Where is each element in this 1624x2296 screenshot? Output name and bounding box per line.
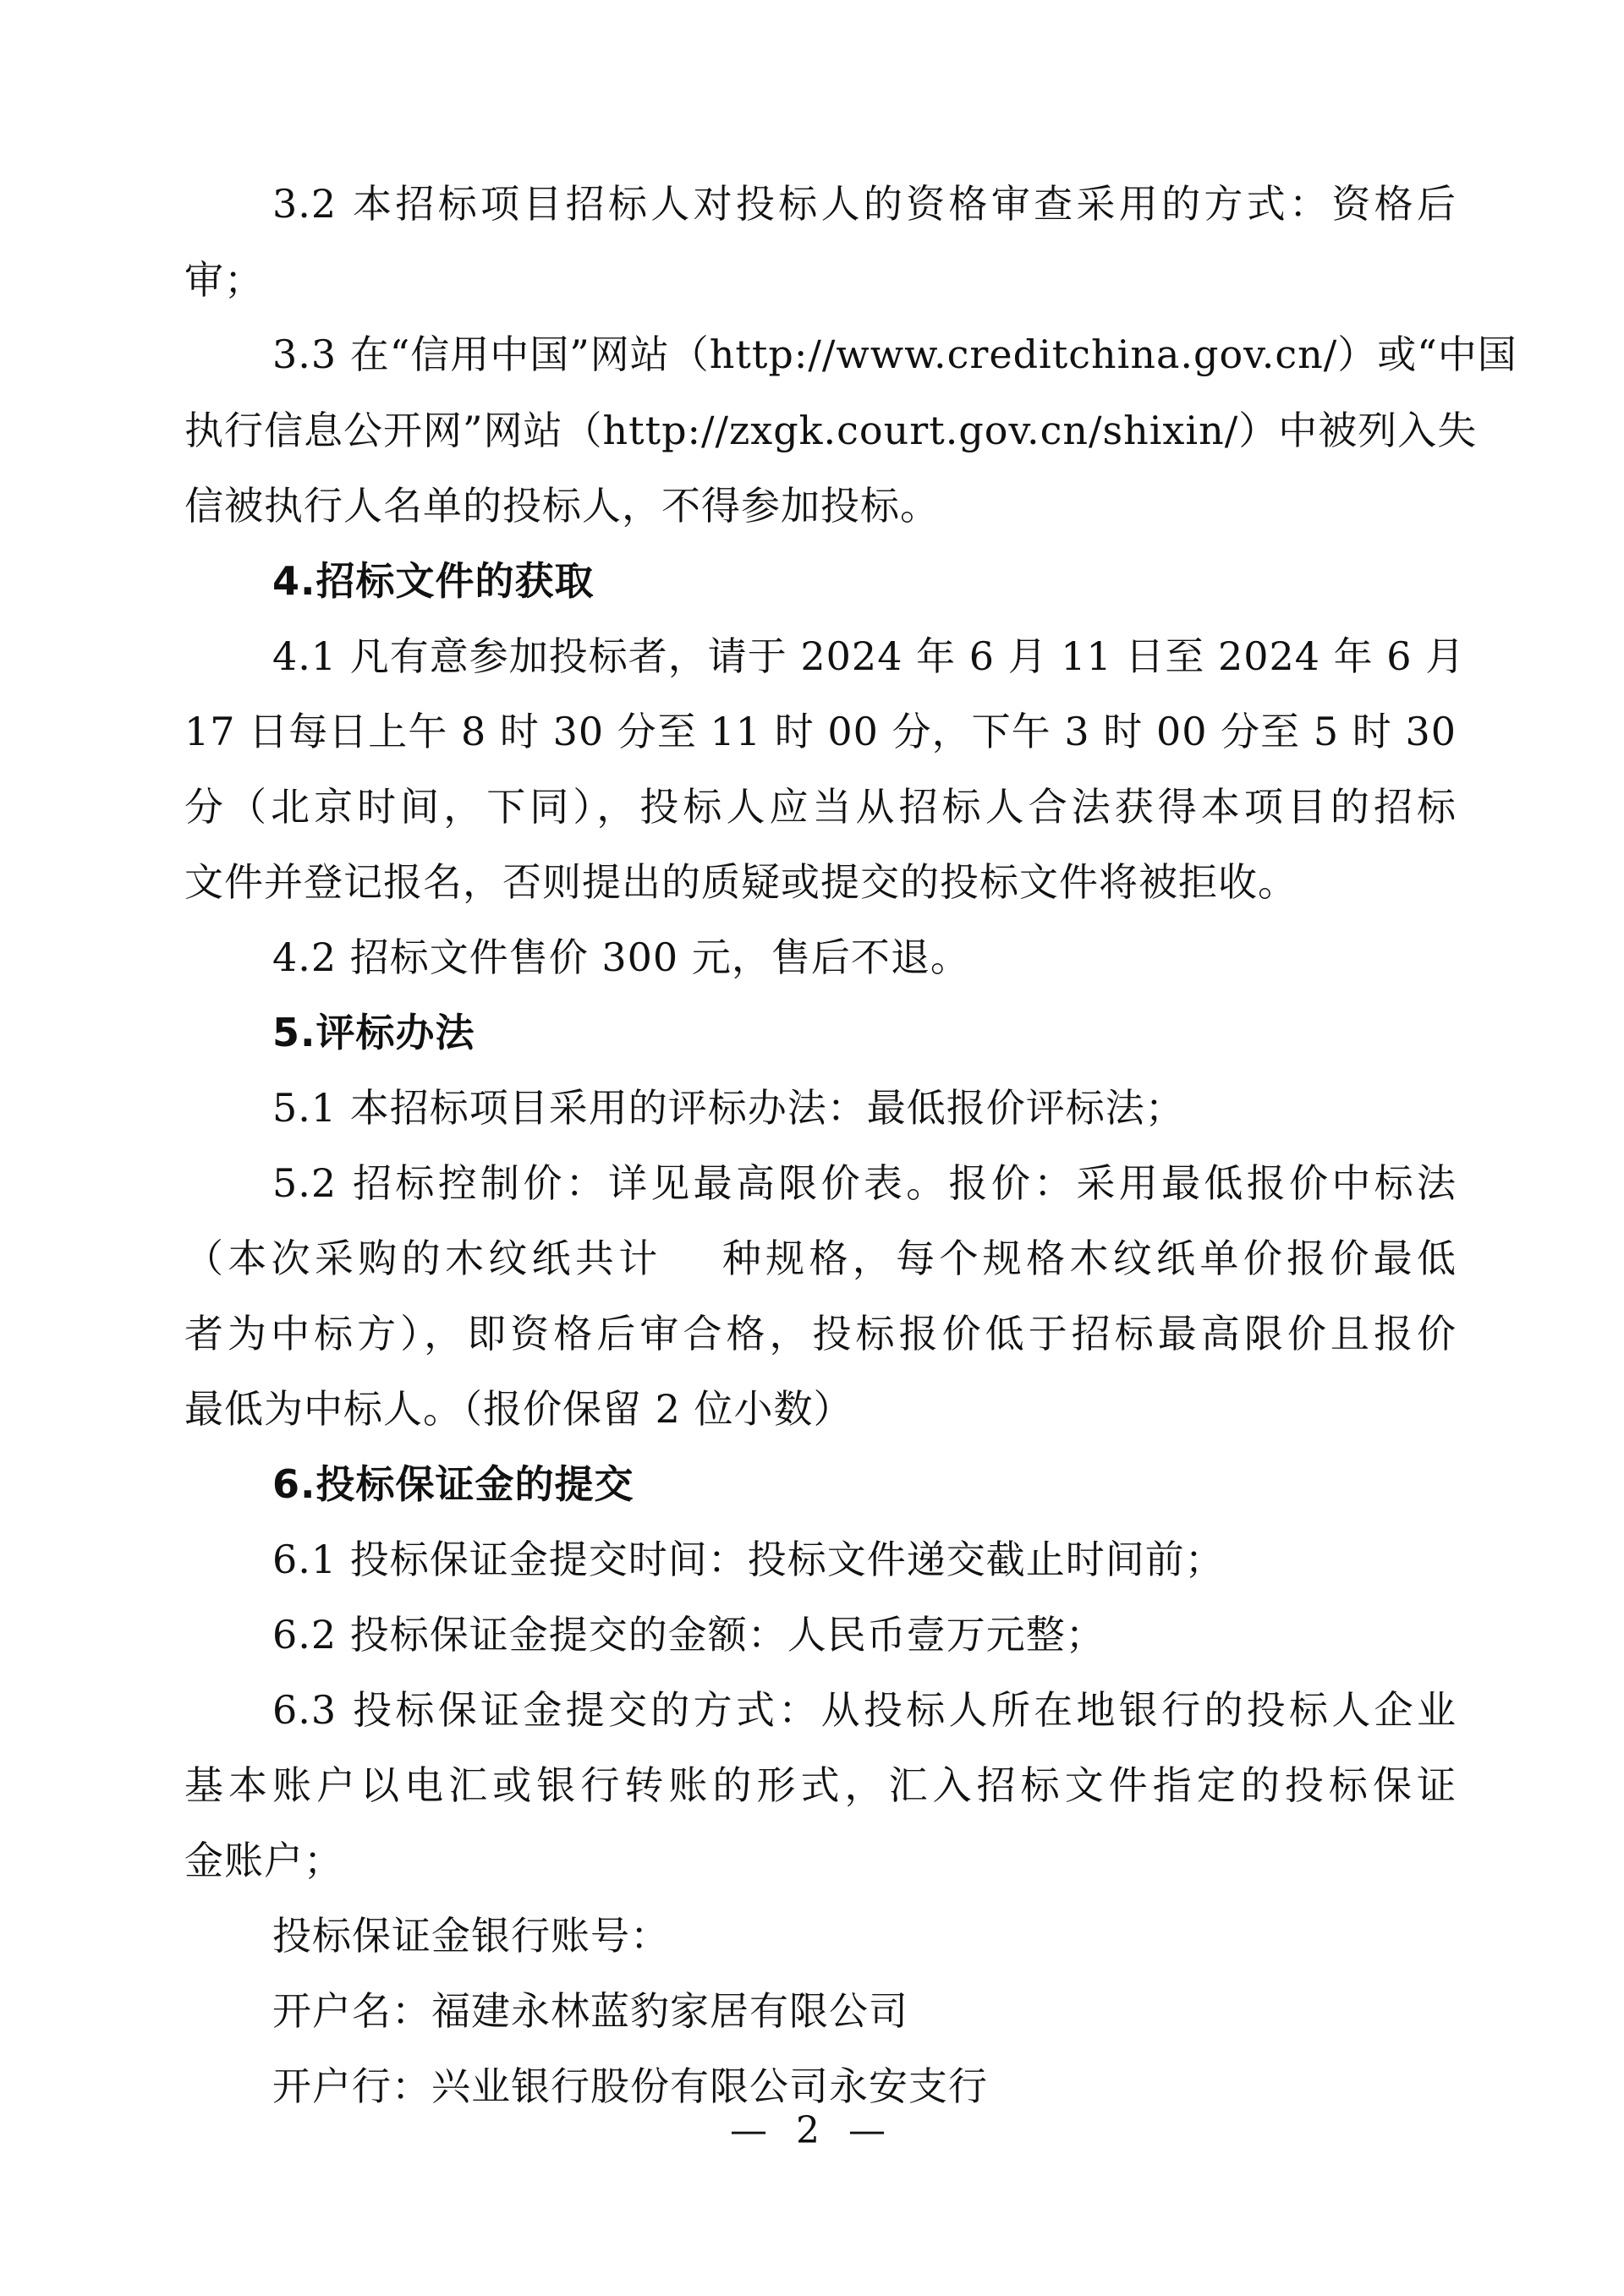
paragraph-line: 4.2 招标文件售价 300 元，售后不退。: [272, 928, 1457, 987]
paragraph-line: 17 日每日上午 8 时 30 分至 11 时 00 分，下午 3 时 00 分…: [184, 702, 1457, 761]
section-heading: 6.投标保证金的提交: [272, 1455, 1457, 1514]
paragraph-line: 3.2 本招标项目招标人对投标人的资格审查采用的方式：资格后: [272, 174, 1457, 233]
paragraph-line: 投标保证金银行账号：: [272, 1906, 1457, 1965]
paragraph-line: 执行信息公开网”网站（http://zxgk.court.gov.cn/shix…: [184, 401, 1457, 460]
paragraph-line: 6.1 投标保证金提交时间：投标文件递交截止时间前；: [272, 1530, 1457, 1589]
paragraph-line: 5.2 招标控制价：详见最高限价表。报价：采用最低报价中标法: [272, 1153, 1457, 1213]
section-heading: 4.招标文件的获取: [272, 551, 1457, 611]
paragraph-line: 基本账户以电汇或银行转账的形式，汇入招标文件指定的投标保证: [184, 1756, 1457, 1815]
paragraph-line: 金账户；: [184, 1831, 1457, 1890]
paragraph-line: 信被执行人名单的投标人，不得参加投标。: [184, 476, 1457, 535]
paragraph-line: 分（北京时间，下同），投标人应当从招标人合法获得本项目的招标: [184, 777, 1457, 836]
paragraph-line: 最低为中标人。（报价保留 2 位小数）: [184, 1379, 1457, 1438]
paragraph-line: 开户名：福建永林蓝豹家居有限公司: [272, 1981, 1457, 2041]
paragraph-line: 6.3 投标保证金提交的方式：从投标人所在地银行的投标人企业: [272, 1680, 1457, 1740]
paragraph-line: 6.2 投标保证金提交的金额：人民币壹万元整；: [272, 1605, 1457, 1664]
paragraph-line: 审；: [184, 250, 1457, 310]
paragraph-line: 4.1 凡有意参加投标者，请于 2024 年 6 月 11 日至 2024 年 …: [272, 627, 1457, 686]
paragraph-line: 3.3 在“信用中国”网站（http://www.creditchina.gov…: [272, 325, 1457, 384]
paragraph-line: 5.1 本招标项目采用的评标办法：最低报价评标法；: [272, 1078, 1457, 1137]
paragraph-line: （本次采购的木纹纸共计 种规格，每个规格木纹纸单价报价最低: [184, 1229, 1457, 1288]
document-page: 3.2 本招标项目招标人对投标人的资格审查采用的方式：资格后审；3.3 在“信用…: [0, 0, 1624, 2296]
page-number: — 2 —: [0, 2106, 1624, 2156]
paragraph-line: 文件并登记报名，否则提出的质疑或提交的投标文件将被拒收。: [184, 852, 1457, 912]
paragraph-line: 者为中标方），即资格后审合格，投标报价低于招标最高限价且报价: [184, 1304, 1457, 1363]
section-heading: 5.评标办法: [272, 1003, 1457, 1062]
